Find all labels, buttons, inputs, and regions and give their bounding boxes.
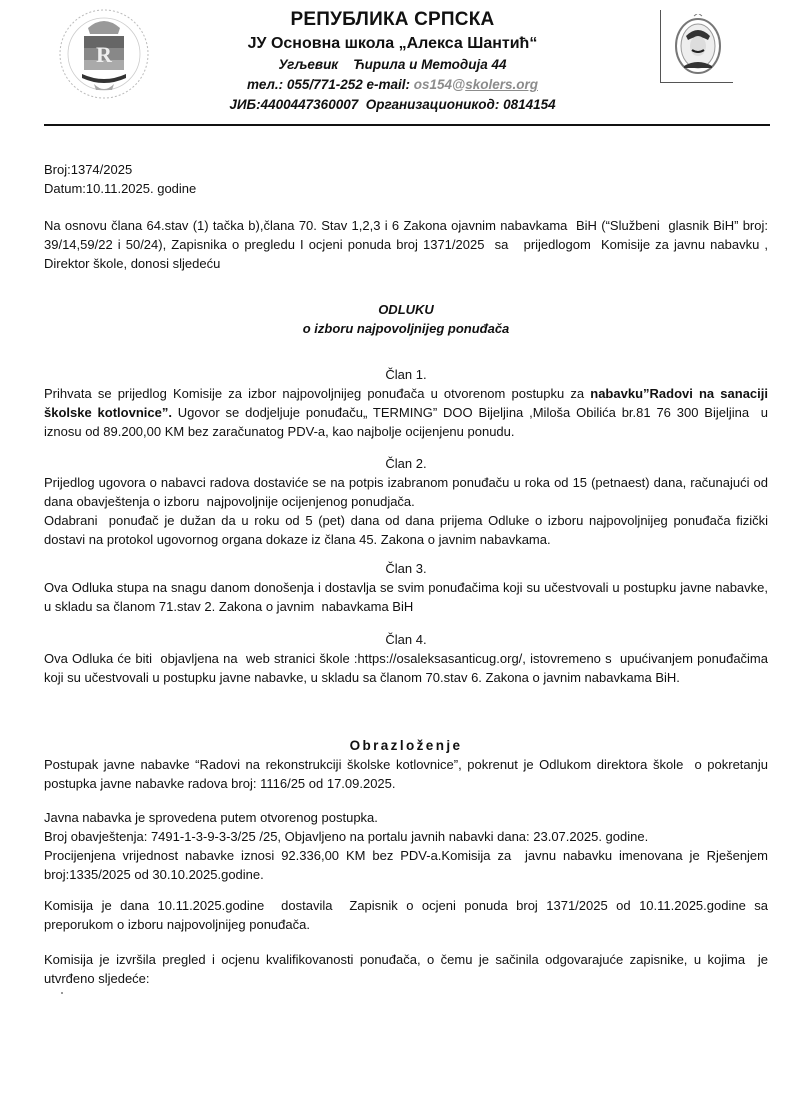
svg-text:R: R bbox=[96, 42, 113, 67]
reasoning-heading: Obrazloženje bbox=[44, 736, 768, 755]
article-1: Član 1. Prihvata se prijedlog Komisije z… bbox=[44, 365, 768, 441]
school-address: Угљевик Ћирила и Методија 44 bbox=[160, 55, 625, 75]
coat-of-arms-icon: R bbox=[52, 4, 156, 104]
article-3: Član 3. Ova Odluka stupa na snagu danom … bbox=[44, 559, 768, 616]
letterhead: R РЕПУБЛИКА СРПСКА ЈУ Основна школа „Але… bbox=[0, 0, 785, 130]
document-reference: Broj:1374/2025 Datum:10.11.2025. godine bbox=[44, 160, 768, 198]
portrait-icon bbox=[668, 14, 728, 78]
identification-numbers: ЈИБ:4400447360007 Организационикод: 0814… bbox=[160, 95, 625, 115]
email-link[interactable]: os154@skolers.org bbox=[414, 77, 538, 92]
reasoning-line: Broj obavještenja: 7491-1-3-9-3-3/25 /25… bbox=[44, 827, 768, 846]
article-text: Prijedlog ugovora o nabavci radova dosta… bbox=[44, 473, 768, 511]
article-heading: Član 2. bbox=[44, 454, 768, 473]
reasoning-paragraph: Postupak javne nabavke “Radovi na rekons… bbox=[44, 755, 768, 793]
scan-artifact bbox=[61, 992, 63, 994]
decision-heading: ODLUKU o izboru najpovoljnijeg ponuđača bbox=[44, 300, 768, 338]
letterhead-title: РЕПУБЛИКА СРПСКА bbox=[160, 8, 625, 32]
document-date: Datum:10.11.2025. godine bbox=[44, 179, 768, 198]
reasoning-paragraph: Komisija je izvršila pregled i ocjenu kv… bbox=[44, 950, 768, 988]
school-name: ЈУ Основна школа „Алекса Шантић“ bbox=[160, 33, 625, 55]
letterhead-text: РЕПУБЛИКА СРПСКА ЈУ Основна школа „Алекс… bbox=[160, 8, 625, 115]
reasoning-section: Obrazloženje Postupak javne nabavke “Rad… bbox=[44, 736, 768, 793]
document-page: R РЕПУБЛИКА СРПСКА ЈУ Основна школа „Але… bbox=[0, 0, 785, 1118]
decision-title: ODLUKU bbox=[44, 300, 768, 319]
article-heading: Član 3. bbox=[44, 559, 768, 578]
reasoning-evaluation: Komisija je izvršila pregled i ocjenu kv… bbox=[44, 950, 768, 988]
article-text: Ova Odluka će biti objavljena na web str… bbox=[44, 649, 768, 687]
contact-line: тел.: 055/771-252 e-mail: os154@skolers.… bbox=[160, 75, 625, 95]
article-text: Odabrani ponuđač je dužan da u roku od 5… bbox=[44, 511, 768, 549]
article-text: Prihvata se prijedlog Komisije za izbor … bbox=[44, 384, 768, 441]
reasoning-line: Javna nabavka je sprovedena putem otvore… bbox=[44, 808, 768, 827]
preamble: Na osnovu člana 64.stav (1) tačka b),čla… bbox=[44, 216, 768, 273]
reasoning-paragraph: Komisija je dana 10.11.2025.godine dosta… bbox=[44, 896, 768, 934]
phone-label: тел.: 055/771-252 e-mail: bbox=[247, 77, 414, 92]
document-number: Broj:1374/2025 bbox=[44, 160, 768, 179]
article-text: Ova Odluka stupa na snagu danom donošenj… bbox=[44, 578, 768, 616]
decision-subtitle: o izboru najpovoljnijeg ponuđača bbox=[44, 319, 768, 338]
preamble-text: Na osnovu člana 64.stav (1) tačka b),čla… bbox=[44, 216, 768, 273]
reasoning-commission-report: Komisija je dana 10.11.2025.godine dosta… bbox=[44, 896, 768, 934]
reasoning-line: Procijenjena vrijednost nabavke iznosi 9… bbox=[44, 846, 768, 884]
reasoning-procedure: Javna nabavka je sprovedena putem otvore… bbox=[44, 808, 768, 884]
letterhead-divider bbox=[44, 124, 770, 126]
article-heading: Član 4. bbox=[44, 630, 768, 649]
article-4: Član 4. Ova Odluka će biti objavljena na… bbox=[44, 630, 768, 687]
article-2: Član 2. Prijedlog ugovora o nabavci rado… bbox=[44, 454, 768, 549]
article-heading: Član 1. bbox=[44, 365, 768, 384]
